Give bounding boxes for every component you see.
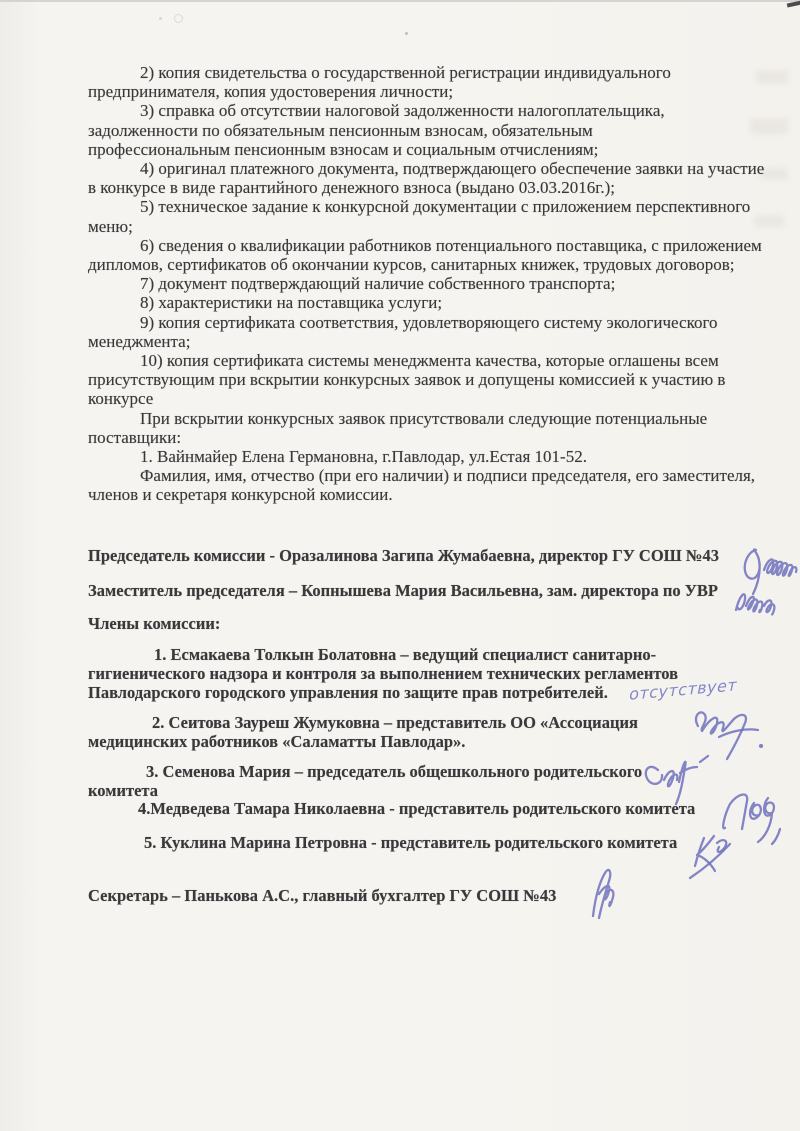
text-line: дипломов, сертификатов об окончании курс… bbox=[88, 255, 764, 274]
signature-member-5 bbox=[684, 828, 742, 884]
text-line: 2. Сеитова Зауреш Жумуковна – представит… bbox=[88, 713, 638, 732]
scan-speck bbox=[159, 17, 162, 20]
text-line: 3) справка об отсутствии налоговой задол… bbox=[88, 101, 764, 120]
text-line: профессиональным пенсионным взносам и со… bbox=[88, 140, 764, 159]
deputy-chairman-line: Заместитель председателя – Копнышева Мар… bbox=[88, 581, 718, 601]
chairman-line: Председатель комиссии - Оразалинова Заги… bbox=[88, 546, 719, 566]
text-line: присутствующим при вскрытии конкурсных з… bbox=[88, 370, 764, 389]
members-heading: Члены комиссии: bbox=[88, 614, 220, 634]
member-1: 1. Есмакаева Толкын Болатовна – ведущий … bbox=[88, 645, 678, 702]
paragraph-suppliers-present: При вскрытии конкурсных заявок присутств… bbox=[88, 409, 764, 447]
text-line: медицинских работников «Саламатты Павлод… bbox=[88, 732, 638, 751]
text-line: 8) характеристики на поставщика услуги; bbox=[88, 293, 764, 312]
text-line: комитета bbox=[88, 781, 642, 800]
text-line: 3. Семенова Мария – председатель общешко… bbox=[88, 762, 642, 781]
member-4: 4.Медведева Тамара Николаевна - представ… bbox=[88, 799, 695, 818]
paragraph-item-9: 9) копия сертификата соответствия, удовл… bbox=[88, 313, 764, 351]
text-line: 5) техническое задание к конкурсной доку… bbox=[88, 197, 764, 216]
paragraph-item-8: 8) характеристики на поставщика услуги; bbox=[88, 293, 764, 312]
scan-speck bbox=[405, 32, 408, 35]
text-line: предпринимателя, копия удостоверения лич… bbox=[88, 82, 764, 101]
text-line: Фамилия, имя, отчество (при его наличии)… bbox=[88, 466, 764, 485]
paragraph-item-7: 7) документ подтверждающий наличие собст… bbox=[88, 274, 764, 293]
text-line: задолженности по обязательным пенсионным… bbox=[88, 121, 764, 140]
paragraph-item-6: 6) сведения о квалификации работников по… bbox=[88, 236, 764, 274]
text-line: 4.Медведева Тамара Николаевна - представ… bbox=[88, 799, 695, 818]
paragraph-signatories-note: Фамилия, имя, отчество (при его наличии)… bbox=[88, 466, 764, 504]
text-line: 4) оригинал платежного документа, подтве… bbox=[88, 159, 764, 178]
signature-secretary bbox=[580, 864, 628, 924]
member-3: 3. Семенова Мария – председатель общешко… bbox=[88, 762, 642, 800]
signature-member-3 bbox=[640, 753, 710, 808]
text-line: в конкурсе в виде гарантийного денежного… bbox=[88, 178, 764, 197]
text-line: членов и секретаря конкурсной комиссии. bbox=[88, 485, 764, 504]
paragraph-item-4: 4) оригинал платежного документа, подтве… bbox=[88, 159, 764, 197]
text-line: 10) копия сертификата системы менеджмент… bbox=[88, 351, 764, 370]
scan-speck bbox=[174, 14, 183, 23]
text-line: 9) копия сертификата соответствия, удовл… bbox=[88, 313, 764, 332]
text-line: 1. Есмакаева Толкын Болатовна – ведущий … bbox=[88, 645, 678, 664]
member-2: 2. Сеитова Зауреш Жумуковна – представит… bbox=[88, 713, 638, 751]
secretary-line: Секретарь – Панькова А.С., главный бухга… bbox=[88, 886, 556, 906]
paragraph-supplier-1: 1. Вайнмайер Елена Германовна, г.Павлода… bbox=[88, 447, 764, 466]
text-line: 5. Куклина Марина Петровна - представите… bbox=[88, 833, 677, 852]
text-line: 6) сведения о квалификации работников по… bbox=[88, 236, 764, 255]
text-line: 7) документ подтверждающий наличие собст… bbox=[88, 274, 764, 293]
text-line: гигиенического надзора и контроля за вып… bbox=[88, 664, 678, 683]
paragraph-item-3: 3) справка об отсутствии налоговой задол… bbox=[88, 101, 764, 159]
signature-deputy bbox=[731, 582, 787, 620]
text-line: меню; bbox=[88, 217, 764, 236]
paragraph-item-10: 10) копия сертификата системы менеджмент… bbox=[88, 351, 764, 409]
text-line: конкурсе bbox=[88, 389, 764, 408]
paragraph-item-5: 5) техническое задание к конкурсной доку… bbox=[88, 197, 764, 235]
text-line: Павлодарского городского управления по з… bbox=[88, 683, 678, 702]
document-body: 2) копия свидетельства о государственной… bbox=[88, 63, 764, 505]
text-line: 2) копия свидетельства о государственной… bbox=[88, 63, 764, 82]
text-line: При вскрытии конкурсных заявок присутств… bbox=[88, 409, 764, 428]
paragraph-item-2: 2) копия свидетельства о государственной… bbox=[88, 63, 764, 101]
text-line: менеджмента; bbox=[88, 332, 764, 351]
scan-edge-artifact bbox=[0, 0, 800, 2]
member-5: 5. Куклина Марина Петровна - представите… bbox=[88, 833, 677, 852]
text-line: поставщики: bbox=[88, 428, 764, 447]
scanned-document-page: 2) копия свидетельства о государственной… bbox=[0, 0, 800, 1131]
text-line: 1. Вайнмайер Елена Германовна, г.Павлода… bbox=[88, 447, 764, 466]
